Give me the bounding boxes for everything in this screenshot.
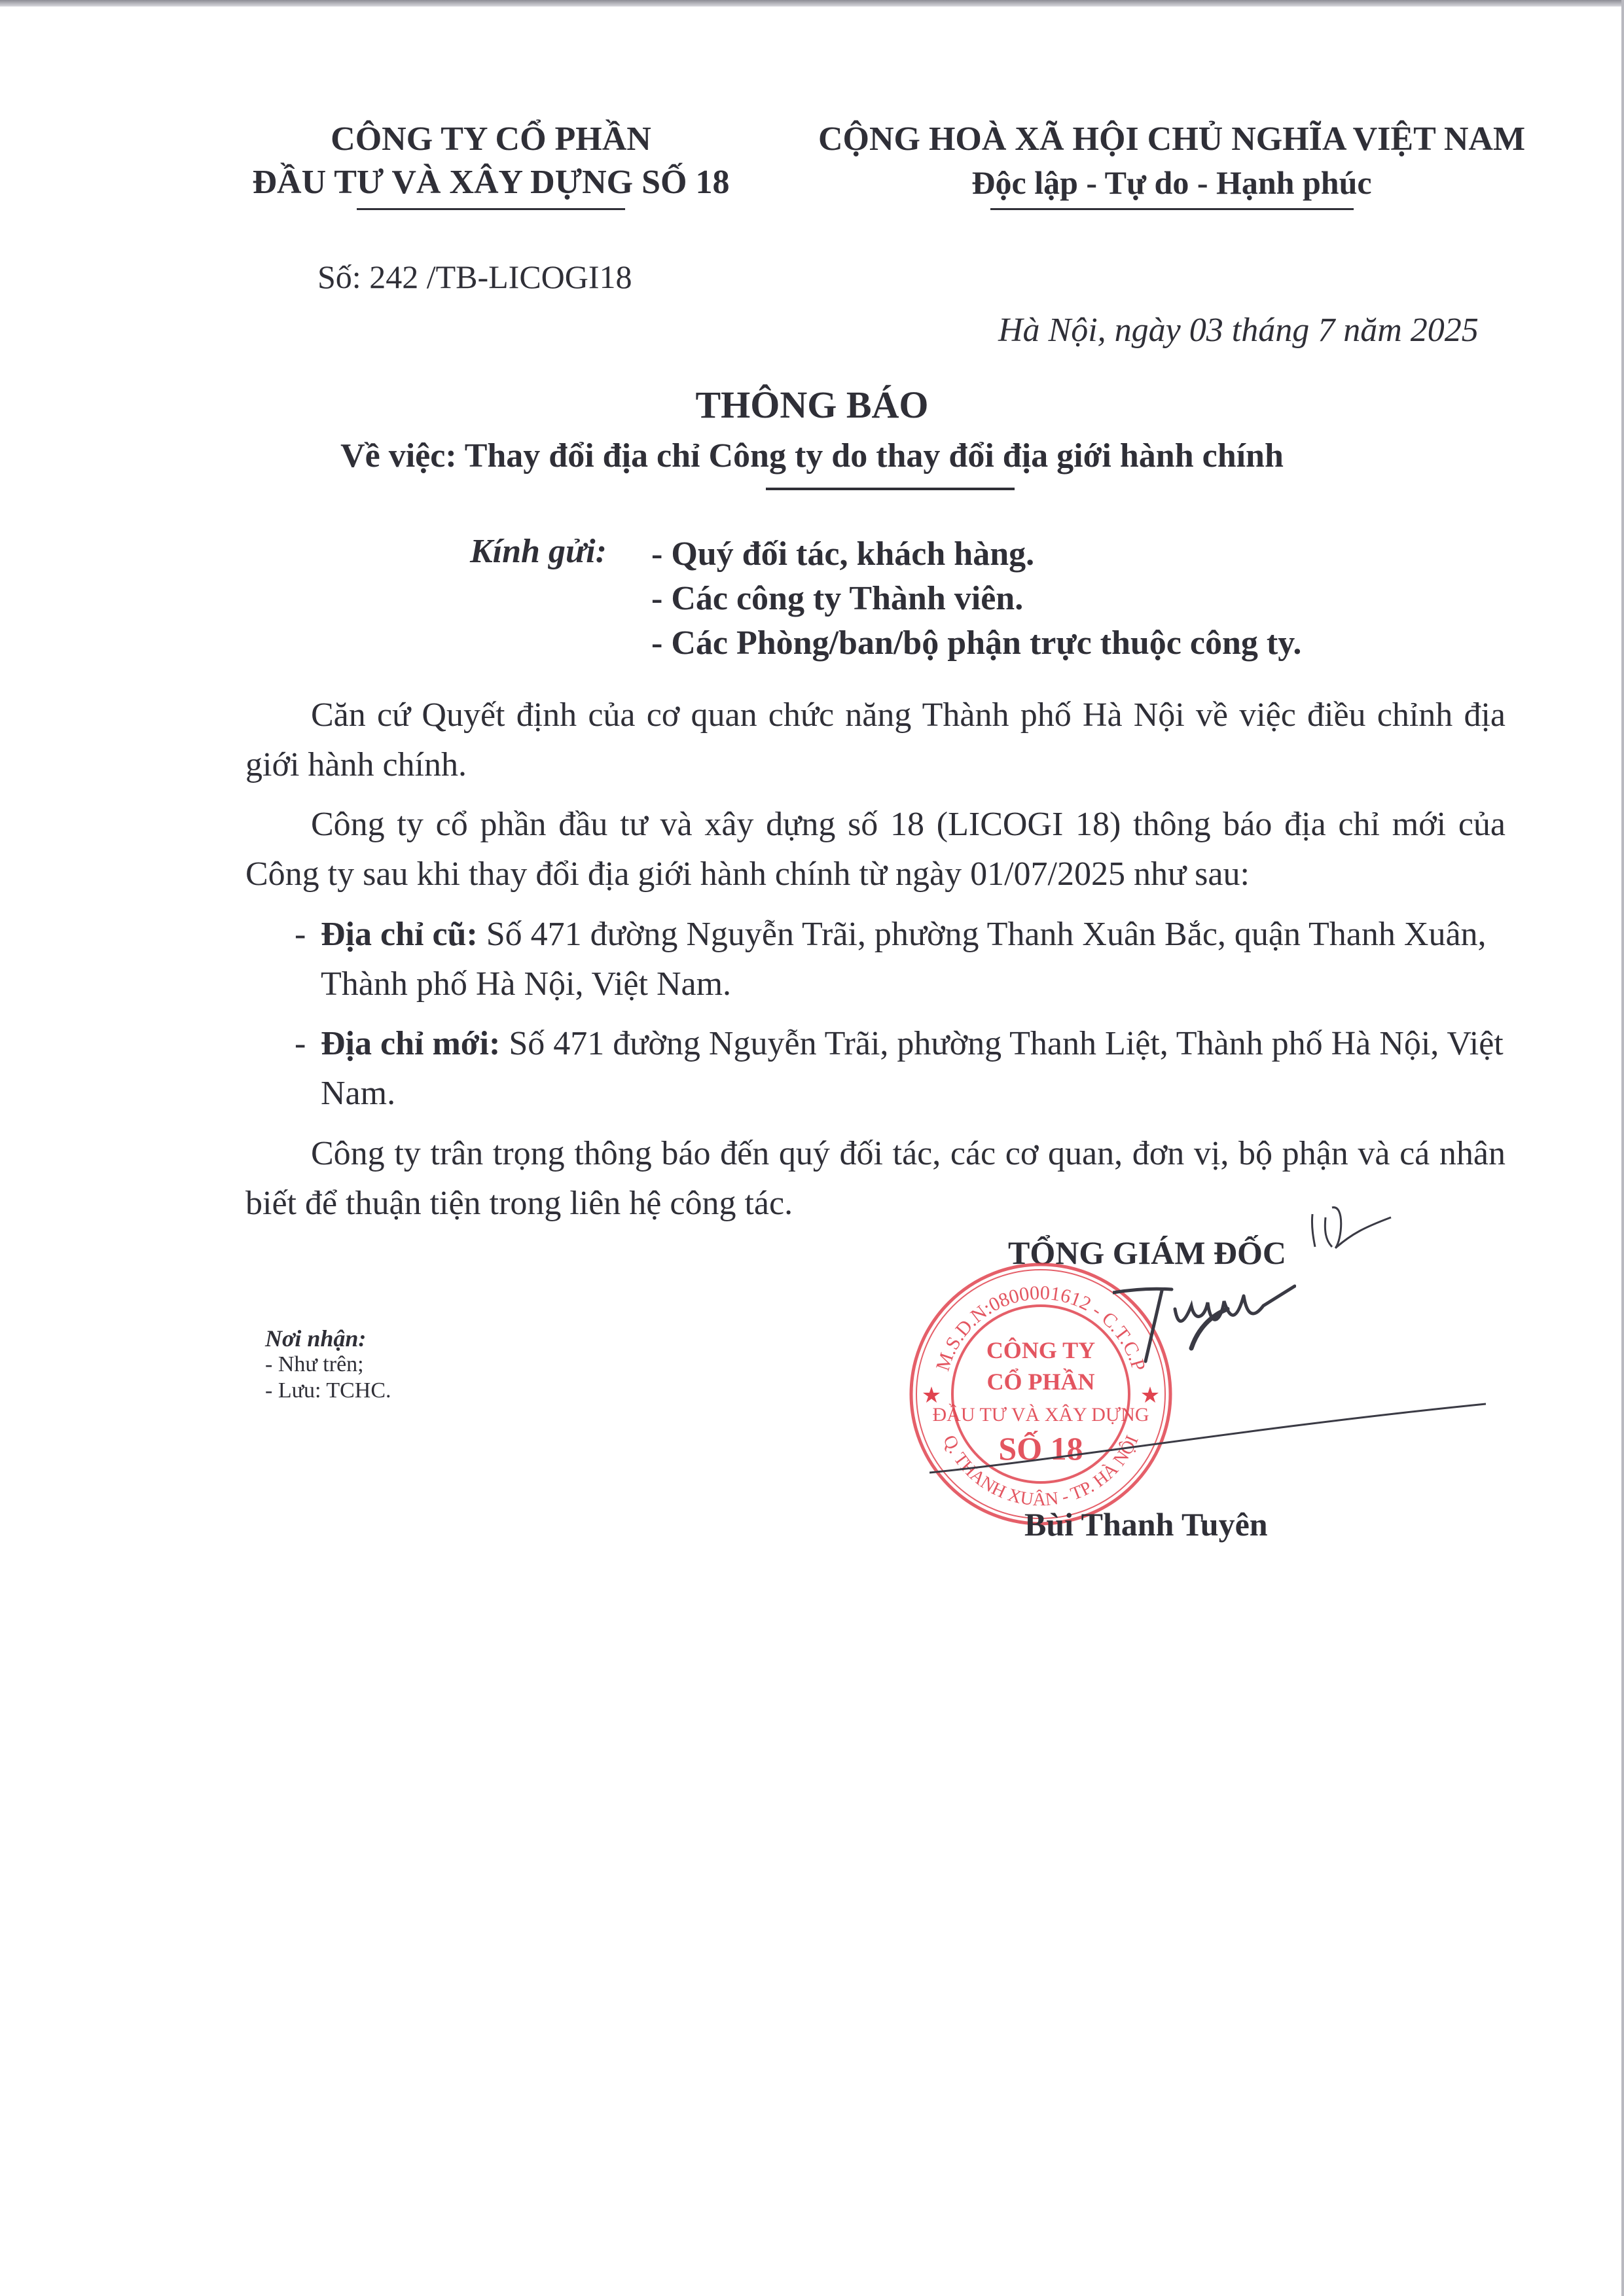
document-title: THÔNG BÁO xyxy=(0,383,1624,427)
recipients-list: - Quý đối tác, khách hàng. - Các công ty… xyxy=(651,532,1301,666)
header-divider xyxy=(357,208,625,210)
bullet-dash: - xyxy=(295,910,306,960)
subject-divider xyxy=(766,488,1015,490)
old-address-label: Địa chỉ cũ: xyxy=(321,916,478,953)
issuer-header: CÔNG TY CỔ PHẦN ĐẦU TƯ VÀ XÂY DỰNG SỐ 18 xyxy=(203,118,779,210)
initials-icon xyxy=(1306,1201,1398,1253)
national-header: CỘNG HOÀ XÃ HỘI CHỦ NGHĨA VIỆT NAM Độc l… xyxy=(772,118,1571,210)
body-paragraph-announcement: Công ty cổ phần đầu tư và xây dựng số 18… xyxy=(245,800,1506,899)
document-number: Số: 242 /TB-LICOGI18 xyxy=(317,258,632,296)
distribution-item: - Như trên; xyxy=(265,1352,391,1378)
nation-name: CỘNG HOÀ XÃ HỘI CHỦ NGHĨA VIỆT NAM xyxy=(772,118,1571,161)
national-motto: Độc lập - Tự do - Hạnh phúc xyxy=(772,161,1571,204)
svg-text:CÔNG TY: CÔNG TY xyxy=(986,1337,1095,1363)
place-date: Hà Nội, ngày 03 tháng 7 năm 2025 xyxy=(998,311,1479,350)
recipient-item: - Các Phòng/ban/bộ phận trực thuộc công … xyxy=(651,621,1301,666)
distribution-item: - Lưu: TCHC. xyxy=(265,1378,391,1404)
old-address-item: - Địa chỉ cũ: Số 471 đường Nguyễn Trãi, … xyxy=(321,910,1506,1009)
signature-stroke-icon xyxy=(929,1401,1486,1479)
scan-edge xyxy=(1621,0,1624,2296)
recipient-item: - Các công ty Thành viên. xyxy=(651,577,1301,621)
new-address-item: - Địa chỉ mới: Số 471 đường Nguyễn Trãi,… xyxy=(321,1019,1506,1119)
svg-text:CỔ PHẦN: CỔ PHẦN xyxy=(987,1368,1095,1395)
signature-icon xyxy=(1113,1283,1296,1381)
new-address-label: Địa chỉ mới: xyxy=(321,1025,500,1062)
issuer-name-line1: CÔNG TY CỔ PHẦN xyxy=(203,118,779,161)
document-subject: Về việc: Thay đổi địa chỉ Công ty do tha… xyxy=(0,437,1624,475)
recipient-item: - Quý đối tác, khách hàng. xyxy=(651,532,1301,577)
distribution-label: Nơi nhận: xyxy=(265,1325,391,1352)
distribution-list: Nơi nhận: - Như trên; - Lưu: TCHC. xyxy=(265,1325,391,1404)
body-paragraph-basis: Căn cứ Quyết định của cơ quan chức năng … xyxy=(245,691,1506,790)
bullet-dash: - xyxy=(295,1019,306,1069)
motto-divider xyxy=(990,208,1354,210)
issuer-name-line2: ĐẦU TƯ VÀ XÂY DỰNG SỐ 18 xyxy=(203,161,779,204)
scan-edge xyxy=(0,0,1624,7)
old-address-text: Số 471 đường Nguyễn Trãi, phường Thanh X… xyxy=(321,916,1487,1003)
signer-name: Bùi Thanh Tuyên xyxy=(1024,1505,1268,1543)
recipients-label: Kính gửi: xyxy=(470,532,607,571)
